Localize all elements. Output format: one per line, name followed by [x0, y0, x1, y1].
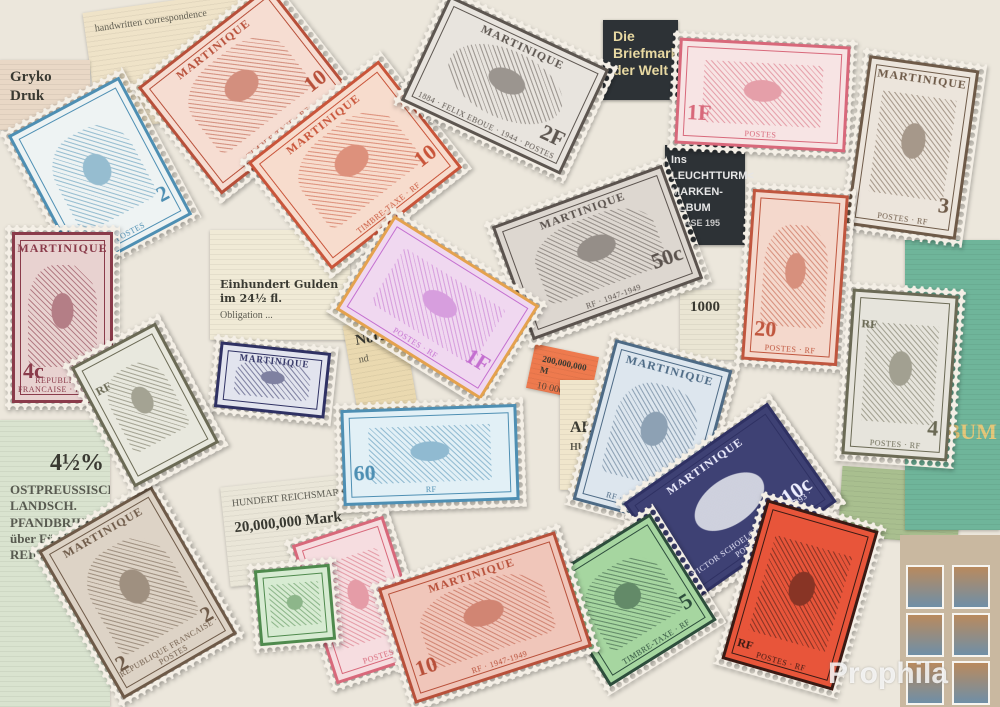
stamp-martinique-green-building: [246, 556, 344, 654]
stamp-martinique-60-village: 60 RF: [333, 397, 527, 514]
stamp-martinique-3-building: MARTINIQUE 3 POSTES · RF: [838, 47, 988, 248]
stamp-collage-photo: handwritten correspondence Gryko Druk Ei…: [0, 0, 1000, 707]
stamp-martinique-4-palms: RF 4 POSTES · RF: [834, 281, 966, 469]
briefmarken-book: Die Briefmarken der Welt: [603, 20, 678, 100]
stamp-martinique-20-women: 20 POSTES · RF: [734, 181, 857, 373]
stamp-martinique-1f-building-red: 1F POSTES: [667, 30, 858, 160]
stamp-martinique-10-woman-red: MARTINIQUE 10 RF · 1947-1949: [369, 522, 601, 707]
prophila-watermark: Prophila: [828, 657, 948, 691]
stamp-martinique-map: MARTINIQUE: [206, 334, 339, 427]
